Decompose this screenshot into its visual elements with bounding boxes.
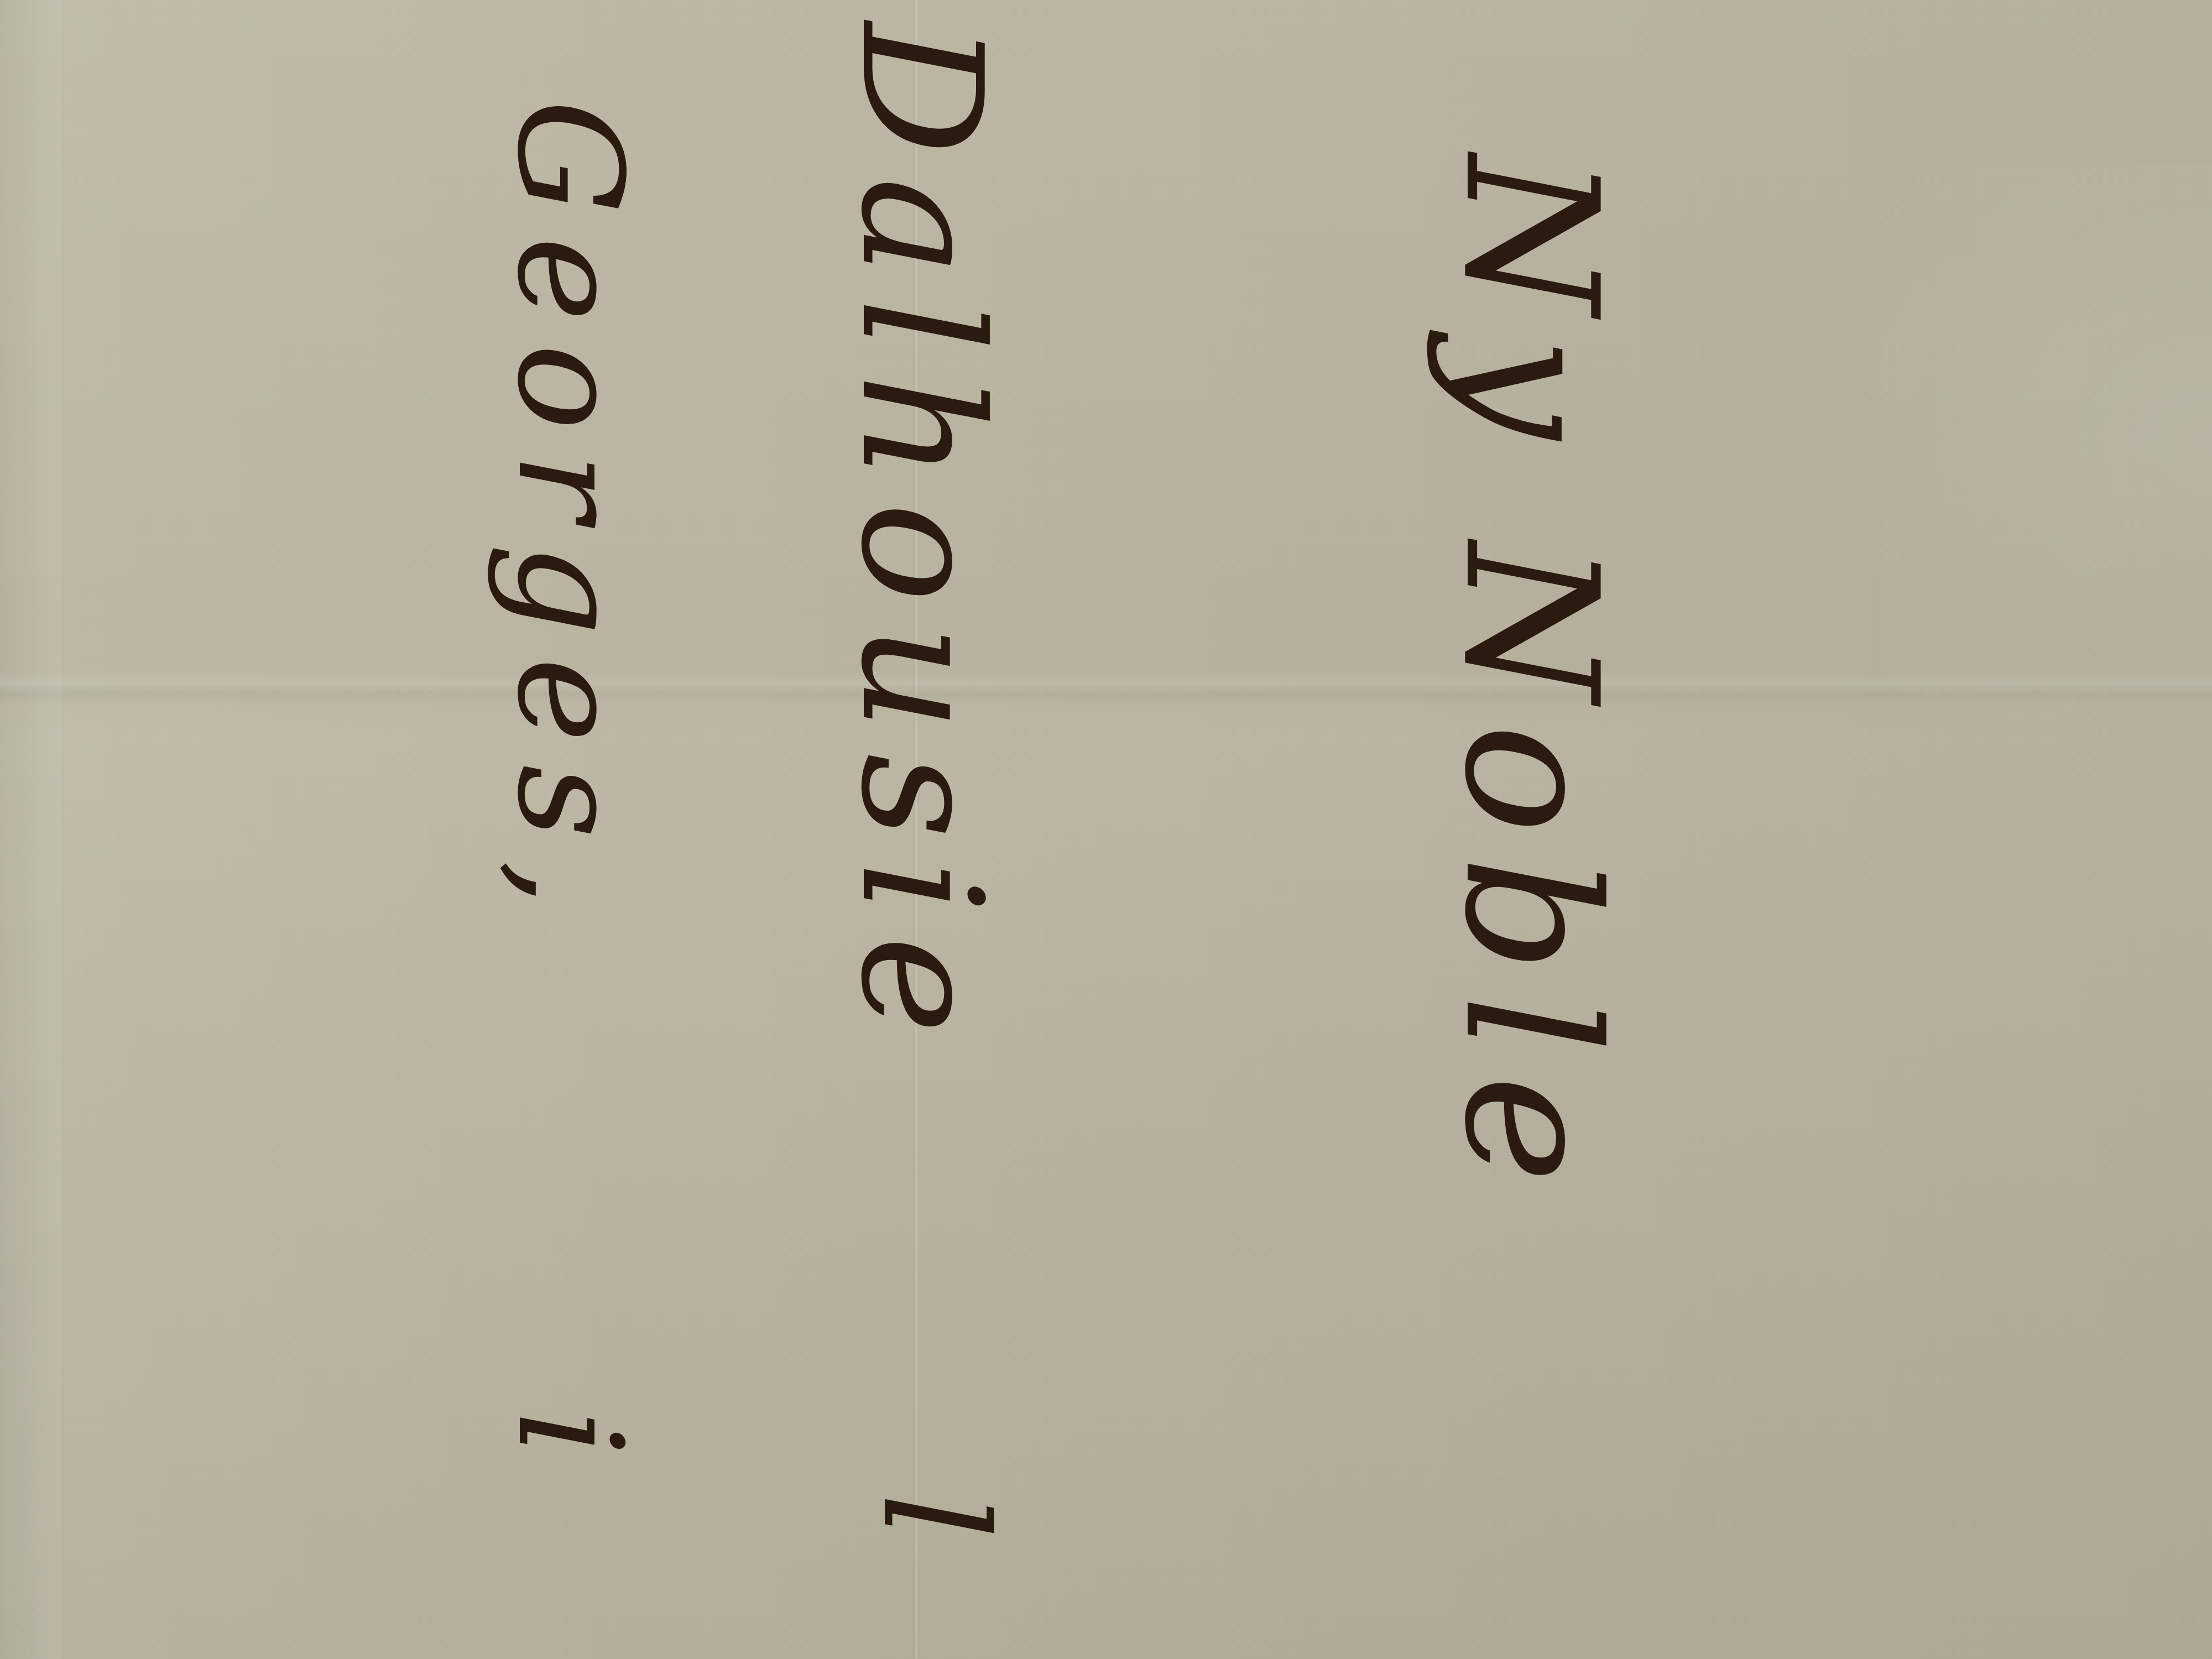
partial-stroke-left: i [486,1410,653,1456]
partial-stroke-middle: l [851,1493,1018,1539]
handwritten-line-1: Georges, [486,100,653,928]
handwritten-line-3-signature: Ny Noble [1425,155,1637,1206]
handwritten-line-2: Dalhousie [825,22,1018,1056]
paper-edge [0,0,61,1659]
light-shadow [1880,166,2212,719]
